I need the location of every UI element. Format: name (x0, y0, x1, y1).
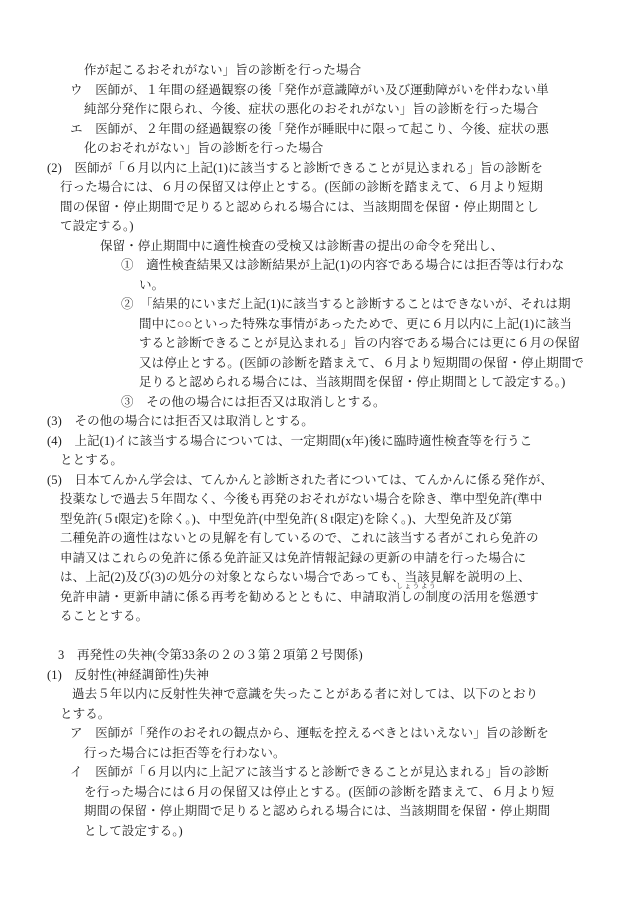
doc-line: 間中に○○といった特殊な事情があったためで、更に６月以内に上記(1)に該当 (0, 315, 612, 335)
doc-line: (2) 医師が「６月以内に上記(1)に該当すると診断できることが見込まれる」旨の… (0, 159, 612, 179)
doc-line: とする。 (0, 705, 612, 725)
doc-line: ととする。 (0, 451, 612, 471)
doc-line: て設定する。) (0, 217, 612, 237)
doc-line: ウ 医師が、１年間の経過観察の後「発作が意識障がい及び運動障がいを伴わない単 (0, 81, 612, 101)
doc-line: イ 医師が「６月以内に上記アに該当すると診断できることが見込まれる」旨の診断 (0, 763, 612, 783)
doc-line: 保留・停止期間中に適性検査の受検又は診断書の提出の命令を発出し、 (0, 237, 612, 257)
doc-line: 行った場合には、６月の保留又は停止とする。(医師の診断を踏まえて、６月より短期 (0, 178, 612, 198)
doc-line: 申請又はこれらの免許に係る免許証又は免許情報記録の更新の申請を行った場合に (0, 549, 612, 569)
doc-line: (4) 上記(1)イに該当する場合については、一定期間(x年)後に臨時適性検査等… (0, 432, 612, 452)
document-page: 作が起こるおそれがない」旨の診断を行った場合ウ 医師が、１年間の経過観察の後「発… (0, 0, 630, 903)
doc-line: 化のおそれがない」旨の診断を行った場合 (0, 139, 612, 159)
doc-line: ① 適性検査結果又は診断結果が上記(1)の内容である場合には拒否等は行わな (0, 256, 612, 276)
doc-line: すると診断できることが見込まれる」旨の内容である場合には更に６月の保留 (0, 334, 612, 354)
doc-line: ア 医師が「発作のおそれの観点から、運転を控えるべきとはいえない」旨の診断を (0, 724, 612, 744)
doc-line: として設定する。) (0, 822, 612, 842)
doc-line: (5) 日本てんかん学会は、てんかんと診断された者については、てんかんに係る発作… (0, 471, 612, 491)
doc-line: 純部分発作に限られ、今後、症状の悪化のおそれがない」旨の診断を行った場合 (0, 100, 612, 120)
doc-line: 免許申請・更新申請に係る再考を勧めるとともに、申請取消しの制度の活用を慫慂す (0, 588, 612, 608)
doc-line: 作が起こるおそれがない」旨の診断を行った場合 (0, 61, 612, 81)
doc-line: ることとする。 (0, 607, 612, 627)
furigana-annotation: しょうよう (396, 581, 437, 591)
doc-line: 二種免許の適性はないとの見解を有しているので、これに該当する者がこれら免許の (0, 529, 612, 549)
doc-line: (3) その他の場合には拒否又は取消しとする。 (0, 412, 612, 432)
doc-line: 型免許(５t限定)を除く。)、中型免許(中型免許(８t限定)を除く。)、大型免許… (0, 510, 612, 530)
doc-line: ② 「結果的にいまだ上記(1)に該当すると診断することはできないが、それは期 (0, 295, 612, 315)
doc-line: は、上記(2)及び(3)の処分の対象とならない場合であっても、当該見解を説明の上… (0, 568, 612, 588)
doc-line: 3 再発性の失神(令第33条の２の３第２項第２号関係) (0, 646, 612, 666)
doc-line: エ 医師が、２年間の経過観察の後「発作が睡眠中に限って起こり、今後、症状の悪 (0, 120, 612, 140)
doc-line: 投薬なしで過去５年間なく、今後も再発のおそれがない場合を除き、準中型免許(準中 (0, 490, 612, 510)
doc-line (0, 627, 612, 647)
doc-line: 間の保留・停止期間で足りると認められる場合には、当該期間を保留・停止期間とし (0, 198, 612, 218)
doc-line: 又は停止とする。(医師の診断を踏まえて、６月より短期間の保留・停止期間で (0, 354, 612, 374)
document-body: 作が起こるおそれがない」旨の診断を行った場合ウ 医師が、１年間の経過観察の後「発… (0, 61, 612, 841)
doc-line: 行った場合には拒否等を行わない。 (0, 744, 612, 764)
doc-line: ③ その他の場合には拒否又は取消しとする。 (0, 393, 612, 413)
doc-line: を行った場合には６月の保留又は停止とする。(医師の診断を踏まえて、６月より短 (0, 783, 612, 803)
doc-line: 期間の保留・停止期間で足りると認められる場合には、当該期間を保留・停止期間 (0, 802, 612, 822)
doc-line: 足りると認められる場合には、当該期間を保留・停止期間として設定する。) (0, 373, 612, 393)
doc-line: い。 (0, 276, 612, 296)
doc-line: 過去５年以内に反射性失神で意識を失ったことがある者に対しては、以下のとおり (0, 685, 612, 705)
doc-line: (1) 反射性(神経調節性)失神 (0, 666, 612, 686)
